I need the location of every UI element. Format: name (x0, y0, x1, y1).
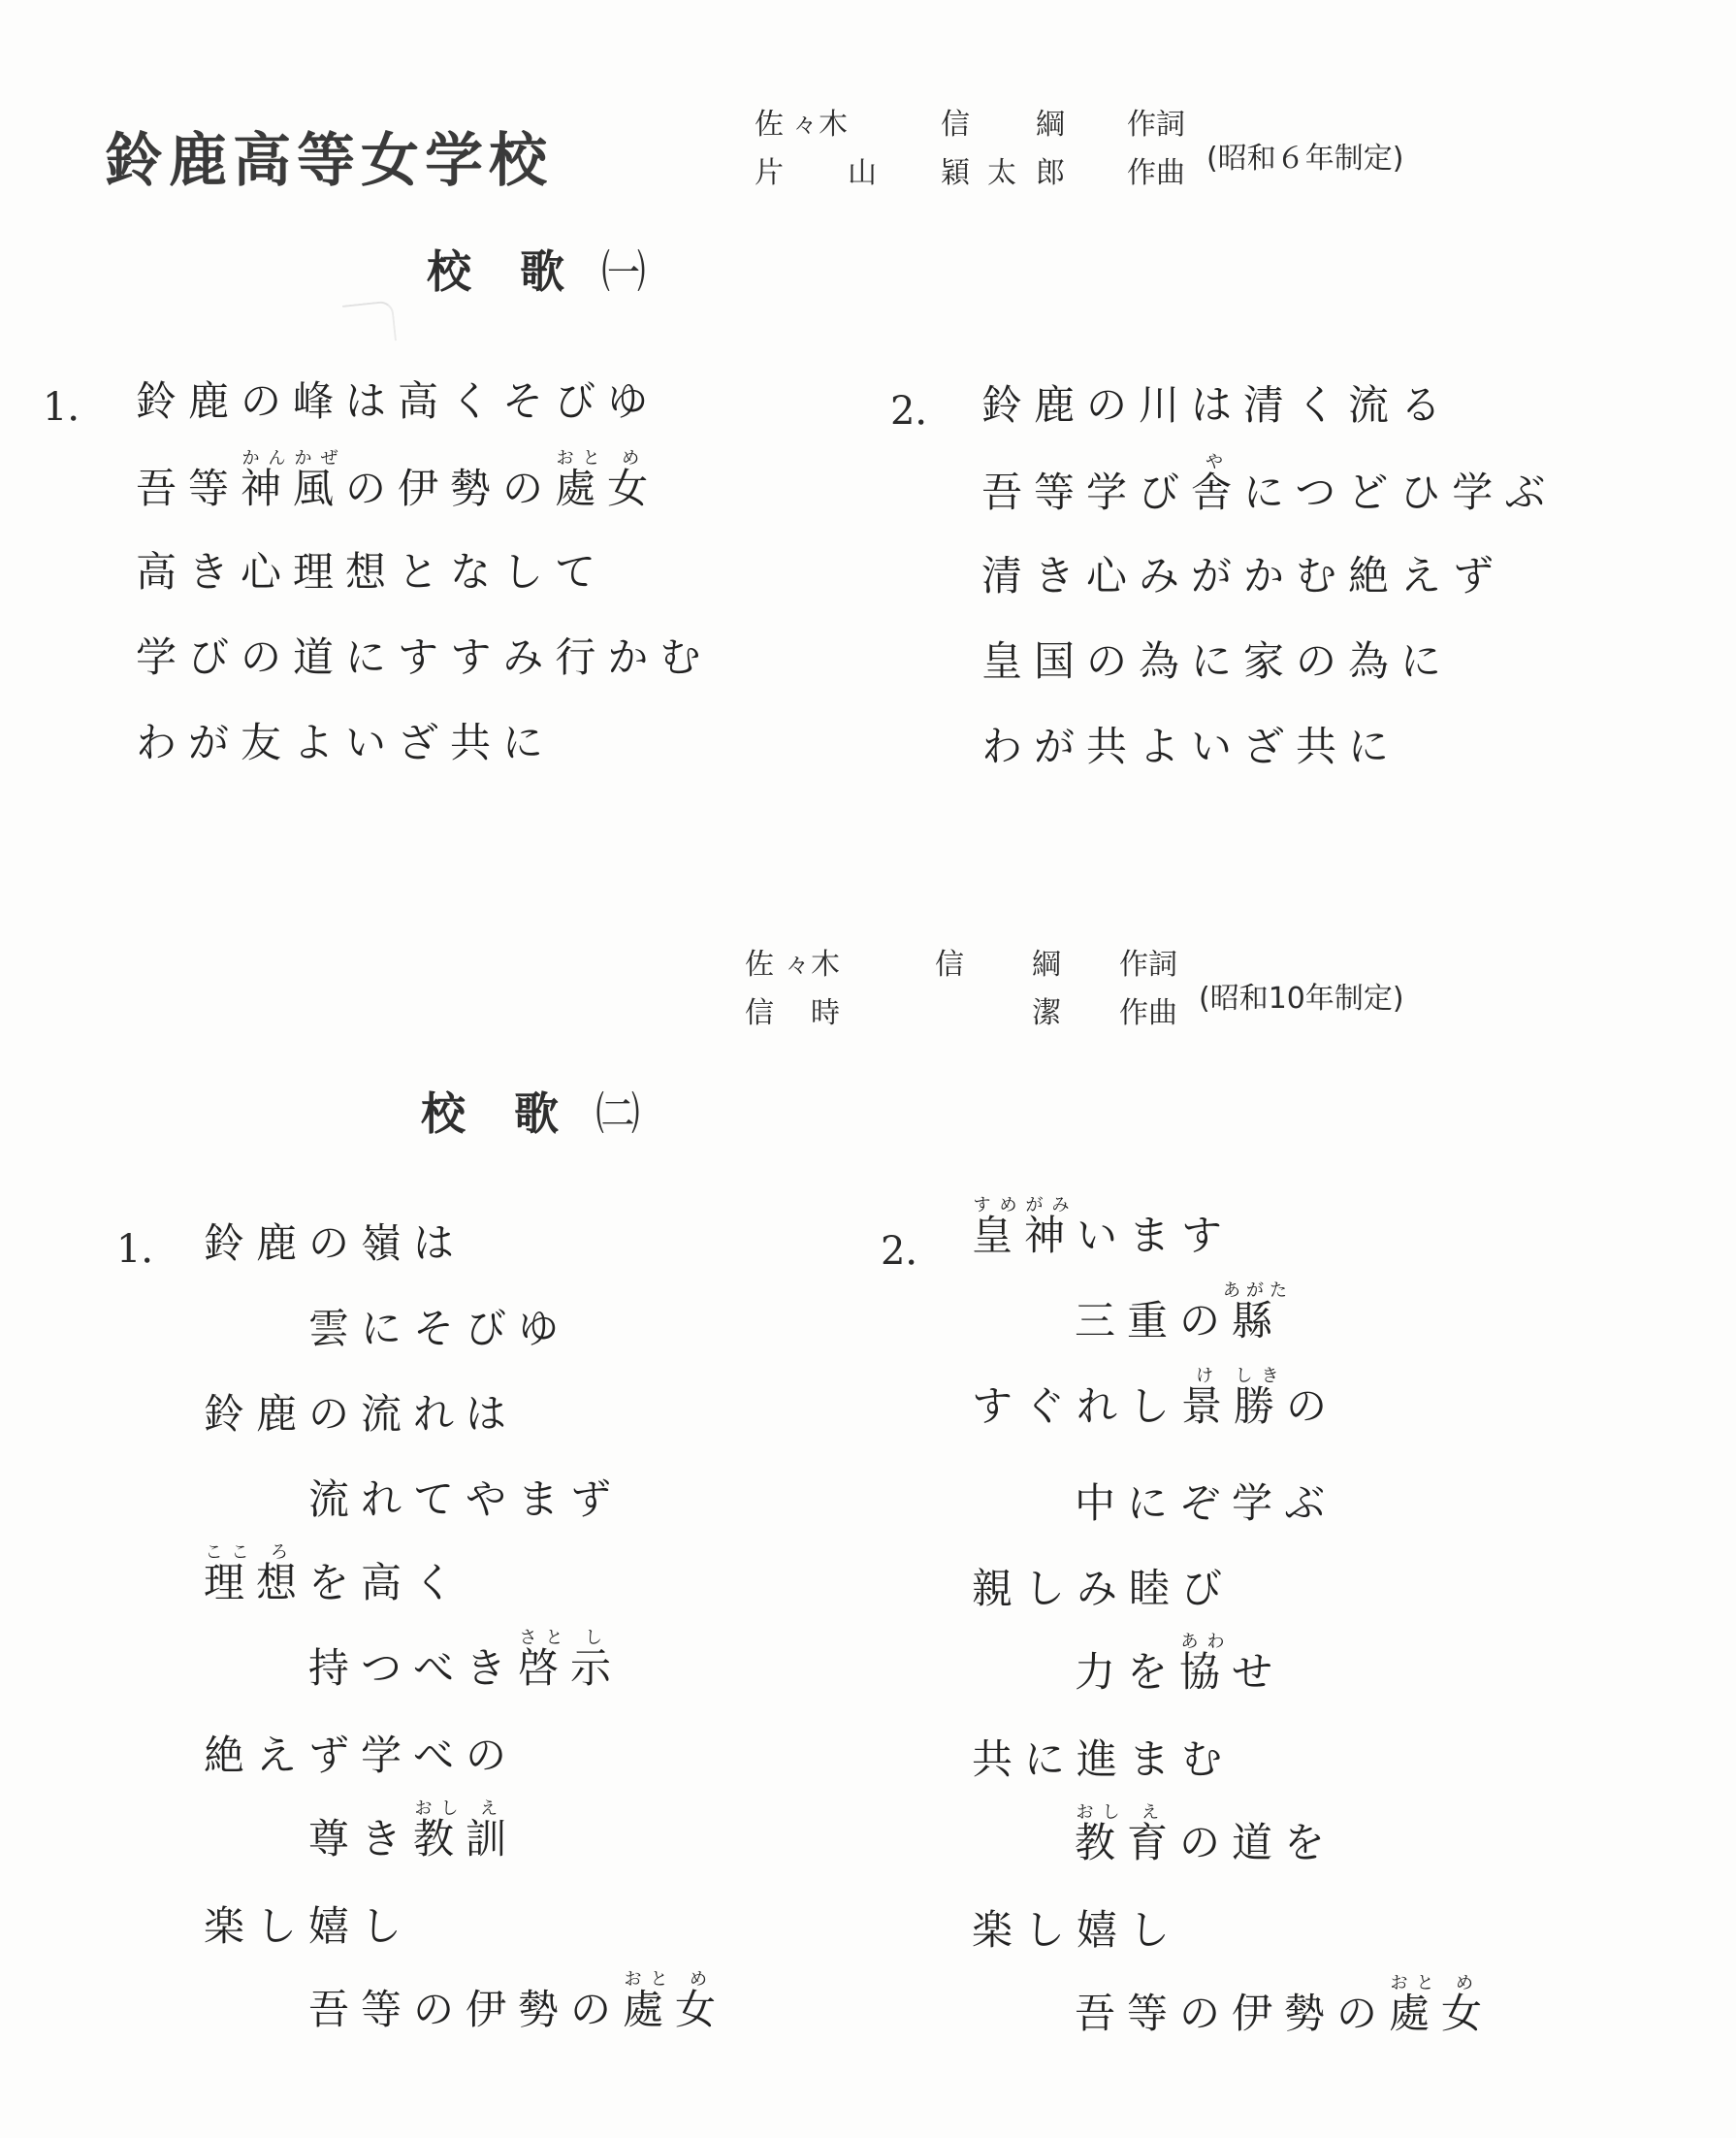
lyricist-given-char: 信 (935, 941, 964, 989)
ruby-word: 教おし (1075, 1819, 1127, 1866)
lyricist-given-char: 綱 (1036, 101, 1065, 149)
song-title-char: 歌 (514, 1079, 559, 1143)
lyric-line: 吾等の伊勢の處おと女め (1075, 1973, 1494, 2043)
lyric-line: 共に進まむ (972, 1731, 1234, 1789)
song-1-title: 校 歌 ㈠ (427, 237, 679, 291)
ruby-word: 處おと (623, 1986, 675, 2033)
lyric-text: 吾等の伊勢の (308, 1986, 623, 2033)
ruby-word: 女め (675, 1986, 727, 2033)
lyric-line: すぐれし景け勝しきの (972, 1366, 1338, 1436)
lyric-line: 中にぞ学ぶ (1075, 1474, 1336, 1533)
lyric-text: います (1077, 1212, 1234, 1259)
lyric-text: 三重の (1075, 1297, 1232, 1344)
verse-number: 1． (43, 376, 106, 432)
ruby-word: 勝しき (1234, 1382, 1286, 1430)
lyric-text: せ (1232, 1648, 1284, 1696)
scan-artifact (342, 300, 397, 345)
ruby-word: 理ここ (204, 1559, 256, 1606)
ruby-word: 景け (1181, 1382, 1234, 1430)
lyric-line: 皇すめ神がみいます (972, 1195, 1234, 1265)
lyric-line: 理ここ想ろを高く (204, 1542, 466, 1612)
lyric-line: 吾等神かん風かぜの伊勢の處おと女め (136, 448, 659, 518)
ruby-word: 訓え (466, 1815, 518, 1863)
song-title-char: 校 (427, 237, 471, 301)
ruby-word: 教おし (413, 1815, 466, 1863)
lyric-text: 尊き (308, 1815, 413, 1863)
composer-given-char: 穎 (941, 149, 970, 198)
composer-family-char: 時 (811, 989, 840, 1038)
lyric-text: 吾等の伊勢の (1075, 1990, 1389, 2037)
lyric-line: 高き心理想となして (136, 543, 607, 601)
lyric-text: の (1286, 1382, 1338, 1430)
song-2-credits: 佐 々 木 信 綱 作詞 信 時 潔 作曲 (745, 941, 1191, 1038)
lyricist-row: 佐 々 木 信 綱 作詞 (755, 101, 1201, 149)
ruby-word: 風かぜ (293, 465, 345, 512)
lyric-text: 吾等学び (981, 469, 1191, 516)
song-title-char: 歌 (520, 237, 564, 301)
ruby-word: 神がみ (1024, 1212, 1077, 1259)
lyric-line: 鈴鹿の嶺は (204, 1215, 466, 1273)
lyric-line: 皇国の為に家の為に (981, 632, 1453, 691)
lyric-line: 楽し嬉し (204, 1897, 413, 1956)
song-1-credits: 佐 々 木 信 綱 作詞 片 山 穎 太 郎 作曲 (755, 101, 1201, 198)
lyric-text: 吾等 (136, 465, 241, 512)
lyric-text: の伊勢の (345, 465, 555, 512)
lyric-text: につどひ学ぶ (1243, 469, 1557, 516)
ruby-word: 協あわ (1179, 1648, 1232, 1696)
ruby-word: 處おと (1389, 1990, 1441, 2037)
ruby-word: 女め (607, 465, 659, 512)
song-title-number: ㈡ (595, 1079, 640, 1143)
ruby-word: 育え (1127, 1819, 1179, 1866)
song-title-number: ㈠ (601, 237, 646, 301)
lyric-line: 三重の縣あがた (1075, 1280, 1293, 1350)
verse-number: 1． (116, 1218, 179, 1274)
lyric-line: 吾等の伊勢の處おと女め (308, 1969, 727, 2039)
composer-role: 作曲 (1127, 149, 1185, 198)
ruby-word: 皇すめ (972, 1212, 1024, 1259)
lyricist-role: 作詞 (1127, 101, 1185, 149)
ruby-word: 示し (570, 1644, 623, 1692)
lyricist-family-char: 佐 (755, 101, 784, 149)
lyric-line: 楽し嬉し (972, 1901, 1181, 1960)
composer-row: 片 山 穎 太 郎 作曲 (755, 149, 1201, 198)
song-2-title: 校 歌 ㈡ (421, 1079, 673, 1133)
song-title-char: 校 (421, 1079, 466, 1143)
lyric-text: の道を (1179, 1819, 1336, 1866)
lyric-line: 鈴鹿の峰は高くそびゆ (136, 373, 659, 431)
lyric-line: 学びの道にすすみ行かむ (136, 629, 712, 687)
composer-given-char: 郎 (1036, 149, 1065, 198)
verse-number: 2． (881, 1220, 944, 1276)
ruby-word: 縣あがた (1232, 1297, 1293, 1344)
lyric-line: 尊き教おし訓え (308, 1798, 518, 1868)
lyricist-given-char: 信 (941, 101, 970, 149)
composer-family-char: 山 (848, 149, 877, 198)
lyric-line: 流れてやまず (308, 1471, 623, 1529)
lyricist-given-char: 綱 (1032, 941, 1061, 989)
song-2-enacted-date: (昭和10年制定) (1199, 974, 1404, 1017)
ruby-word: 女め (1441, 1990, 1494, 2037)
composer-given-char: 太 (987, 149, 1016, 198)
lyric-line: わが友よいざ共に (136, 714, 555, 772)
lyricist-family-char: 々 (793, 101, 817, 149)
lyric-text: 持つべき (308, 1644, 518, 1692)
lyric-text: すぐれし (972, 1382, 1181, 1430)
lyric-line: 鈴鹿の流れは (204, 1385, 518, 1443)
composer-given-char: 潔 (1032, 989, 1061, 1038)
lyricist-family-char: 佐 (745, 941, 774, 989)
lyricist-role: 作詞 (1119, 941, 1177, 989)
lyric-line: 絶えず学べの (204, 1727, 518, 1785)
school-name-heading: 鈴鹿高等女学校 (105, 114, 553, 198)
lyric-line: 雲にそびゆ (308, 1300, 570, 1358)
lyric-text: 力を (1075, 1648, 1179, 1696)
lyricist-row: 佐 々 木 信 綱 作詞 (745, 941, 1191, 989)
composer-row: 信 時 潔 作曲 (745, 989, 1191, 1038)
composer-role: 作曲 (1119, 989, 1177, 1038)
verse-number: 2． (890, 380, 953, 436)
lyric-line: 持つべき啓さと示し (308, 1628, 623, 1698)
lyricist-family-char: 木 (819, 101, 848, 149)
lyric-line: 親しみ睦び (972, 1560, 1234, 1618)
song-1-enacted-date: (昭和６年制定) (1206, 134, 1403, 177)
ruby-word: 神かん (241, 465, 293, 512)
lyric-line: わが共よいざ共に (981, 718, 1400, 776)
lyricist-family-char: 木 (811, 941, 840, 989)
lyric-line: 力を協あわせ (1075, 1632, 1284, 1701)
ruby-word: 處おと (555, 465, 607, 512)
lyric-text: を高く (308, 1559, 466, 1606)
lyric-line: 吾等学び舎やにつどひ学ぶ (981, 452, 1557, 522)
ruby-word: 啓さと (518, 1644, 570, 1692)
lyric-line: 清き心みがかむ絶えず (981, 547, 1505, 605)
lyric-line: 教おし育えの道を (1075, 1802, 1336, 1872)
ruby-word: 想ろ (256, 1559, 308, 1606)
ruby-word: 舎や (1191, 469, 1243, 516)
composer-family-char: 信 (745, 989, 774, 1038)
lyricist-family-char: 々 (786, 941, 809, 989)
lyric-line: 鈴鹿の川は清く流る (981, 376, 1453, 435)
composer-family-char: 片 (755, 149, 784, 198)
